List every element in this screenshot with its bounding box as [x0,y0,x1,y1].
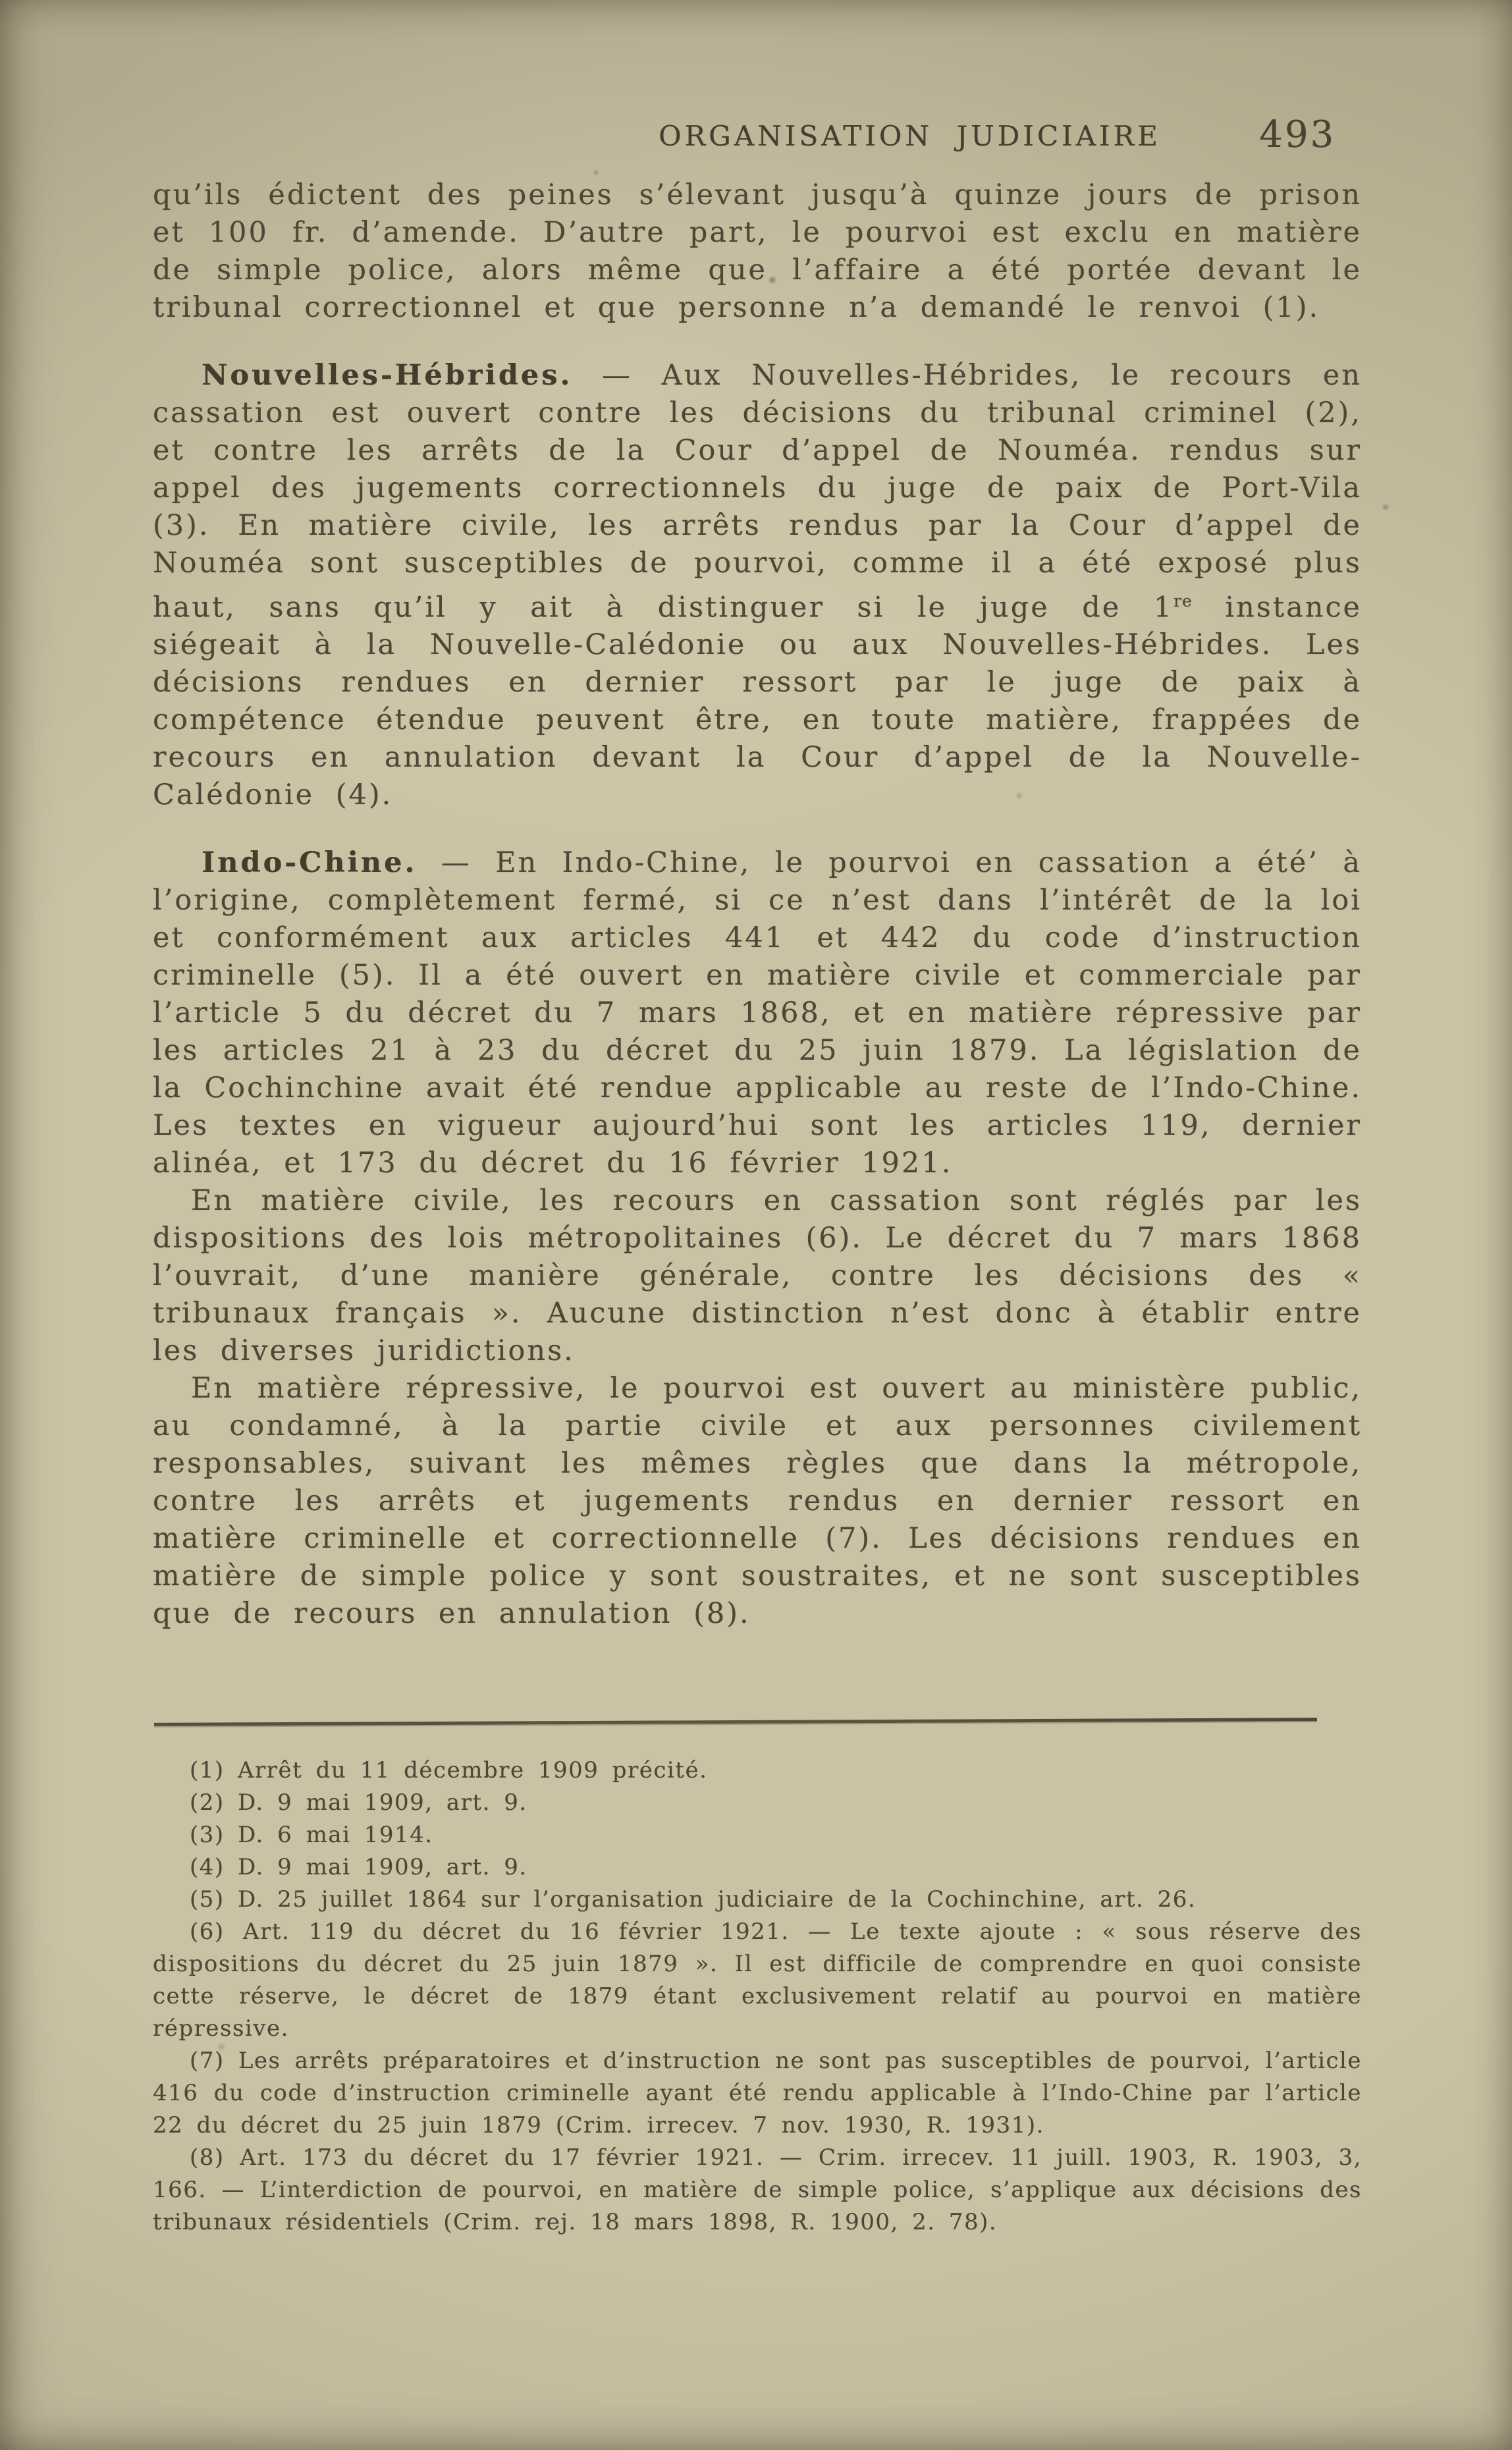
footnote-3: (3) D. 6 mai 1914. [153,1819,1362,1851]
paragraph-text: — En Indo-Chine, le pourvoi en cassation… [153,846,1362,1180]
superscript-ordinal: re [1174,591,1193,611]
page-number: 493 [1259,113,1336,156]
footnote-separator-rule [154,1718,1317,1726]
paragraph-text: instance siégeait à la Nouvelle-Calédoni… [153,591,1362,811]
footnote-6: (6) Art. 119 du décret du 16 février 192… [153,1916,1362,2045]
paragraph-indo-chine: Indo-Chine. — En Indo-Chine, le pourvoi … [153,844,1362,1182]
paragraph-matiere-civile: En matière civile, les recours en cassat… [153,1182,1362,1370]
paragraph-matiere-repressive: En matière répressive, le pourvoi est ou… [153,1370,1362,1633]
footnote-1: (1) Arrêt du 11 décembre 1909 précité. [153,1755,1362,1787]
paragraph-text: qu’ils édictent des peines s’élevant jus… [153,178,1362,324]
footnote-2: (2) D. 9 mai 1909, art. 9. [153,1787,1362,1819]
scanned-book-page: ORGANISATION JUDICIAIRE 493 qu’ils édict… [0,0,1512,2450]
paragraph-text: En matière civile, les recours en cassat… [153,1184,1362,1367]
paragraph-text: En matière répressive, le pourvoi est ou… [153,1372,1362,1630]
footnote-7: (7) Les arrêts préparatoires et d’instru… [153,2045,1362,2142]
page-title: ORGANISATION JUDICIAIRE [659,120,1161,152]
paragraph-continuation: qu’ils édictent des peines s’élevant jus… [153,177,1362,327]
footnote-5: (5) D. 25 juillet 1864 sur l’organisatio… [153,1884,1362,1916]
main-text-block: qu’ils édictent des peines s’élevant jus… [153,177,1362,1633]
section-heading-nouvelles-hebrides: Nouvelles-Hébrides. [202,359,572,392]
paragraph-text: — Aux Nouvelles-Hébrides, le recours en … [153,359,1362,624]
footnote-8: (8) Art. 173 du décret du 17 février 192… [153,2142,1362,2239]
footnote-4: (4) D. 9 mai 1909, art. 9. [153,1851,1362,1884]
running-head: ORGANISATION JUDICIAIRE 493 [153,120,1362,166]
section-heading-indo-chine: Indo-Chine. [202,846,417,879]
footnotes-block: (1) Arrêt du 11 décembre 1909 précité. (… [153,1755,1362,2239]
paragraph-nouvelles-hebrides: Nouvelles-Hébrides. — Aux Nouvelles-Hébr… [153,357,1362,814]
